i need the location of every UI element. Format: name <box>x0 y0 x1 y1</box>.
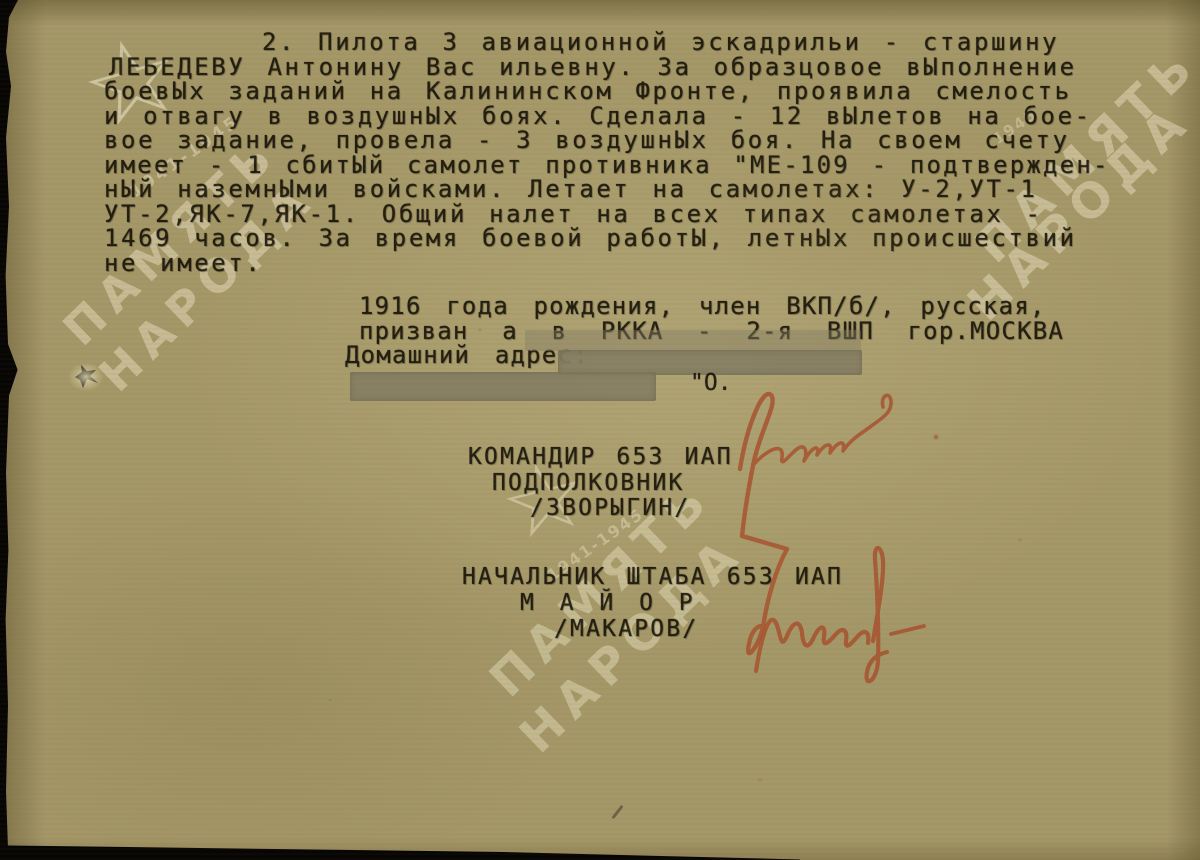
watermark-nation-text: НАРОДА <box>509 524 754 764</box>
text-line: имеет - 1 сбитЫй самолет противника "МЕ-… <box>104 153 1110 178</box>
text-line: 1469 часов. За время боевой работЫ, летн… <box>104 226 1110 251</box>
redaction-box <box>350 372 656 401</box>
text-line: вое задание, провела - 3 воздушнЫх боя. … <box>104 128 1110 153</box>
text-line: ЛЕБЕДЕВУ Антонину Вас ильевну. За образц… <box>104 55 1110 80</box>
text-line: /МАКАРОВ/ <box>462 617 843 643</box>
redaction-box <box>525 330 861 351</box>
text-line: нЫй наземнЫми войсками. Летает на самоле… <box>104 177 1110 202</box>
text-line: М А Й О Р <box>462 591 843 617</box>
text-line: /ЗВОРЫГИН/ <box>468 496 733 522</box>
text-line: боевЫх заданий на Калининском Фронте, пр… <box>104 79 1110 104</box>
text-line: и отвагу в воздушнЫх боях. Сделала - 12 … <box>104 104 1110 129</box>
redaction-text-fragment: "О. <box>690 370 732 396</box>
citation-paragraph: 2. Пилота 3 авиационной эскадрильи - ста… <box>104 30 1110 275</box>
text-line: 2. Пилота 3 авиационной эскадрильи - ста… <box>104 30 1110 55</box>
text-line: 1916 года рождения, член ВКП/б/, русская… <box>345 294 1064 319</box>
archival-document-scan: ☆ 1941-1945 ПАМЯТЬ НАРОДА ☆ 1941-1945 ПА… <box>0 0 1200 860</box>
handwritten-signatures <box>690 373 970 693</box>
text-line: КОМАНДИР 653 ИАП <box>468 445 733 471</box>
text-line: НАЧАЛЬНИК ШТАБА 653 ИАП <box>462 565 843 591</box>
chief-of-staff-signature-block: НАЧАЛЬНИК ШТАБА 653 ИАП М А Й О Р /МАКАР… <box>462 565 843 642</box>
text-line: не имеет. <box>104 251 1110 276</box>
text-line: УТ-2,ЯК-7,ЯК-1. Общий налет на всех типа… <box>104 202 1110 227</box>
ink-blot <box>68 361 104 391</box>
commander-signature-block: КОМАНДИР 653 ИАП ПОДПОЛКОВНИК /ЗВОРЫГИН/ <box>468 445 733 522</box>
text-line: ПОДПОЛКОВНИК <box>468 471 733 497</box>
scan-edge-left <box>0 0 20 860</box>
pencil-smudge <box>611 805 623 819</box>
scan-edge-bottom <box>0 843 800 860</box>
